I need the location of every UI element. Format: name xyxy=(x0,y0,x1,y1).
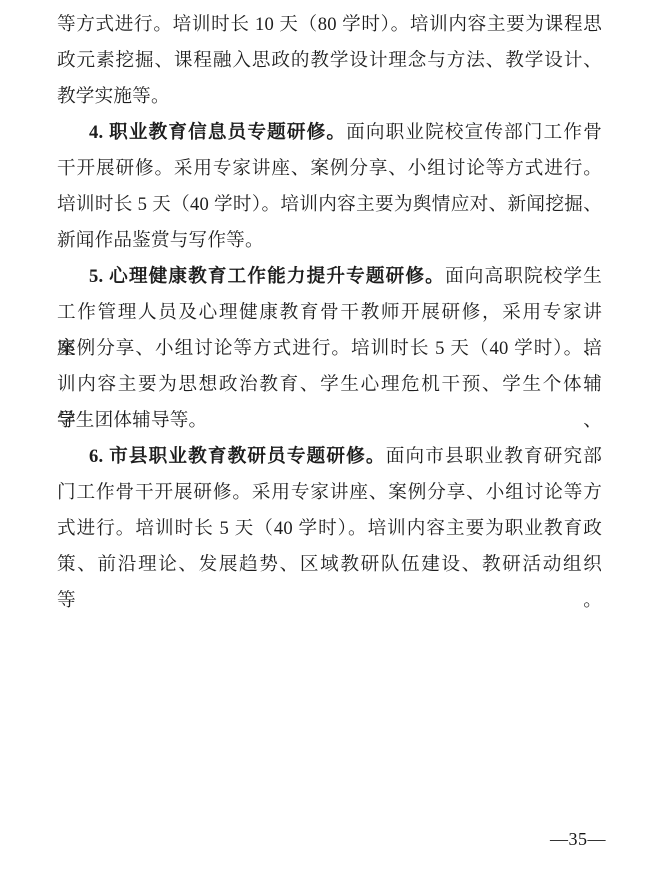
body-text: 等方式进行。培训时长 10 天（80 学时）。培训内容主要为课程思 xyxy=(57,14,602,35)
document-page: 等方式进行。培训时长 10 天（80 学时）。培训内容主要为课程思政元素挖掘、课… xyxy=(0,0,649,890)
text-line: 教学实施等。 xyxy=(57,79,602,115)
text-line: 新闻作品鉴赏与写作等。 xyxy=(57,223,602,259)
body-text: 门工作骨干开展研修。采用专家讲座、案例分享、小组讨论等方 xyxy=(57,482,602,503)
text-line: 等方式进行。培训时长 10 天（80 学时）。培训内容主要为课程思 xyxy=(57,7,602,43)
text-line: 培训时长 5 天（40 学时）。培训内容主要为舆情应对、新闻挖掘、 xyxy=(57,187,602,223)
body-text: 新闻作品鉴赏与写作等。 xyxy=(57,230,264,251)
body-text: 培训时长 5 天（40 学时）。培训内容主要为舆情应对、新闻挖掘、 xyxy=(57,194,602,215)
body-text: 干开展研修。采用专家讲座、案例分享、小组讨论等方式进行。 xyxy=(57,158,602,179)
text-line: 式进行。培训时长 5 天（40 学时）。培训内容主要为职业教育政 xyxy=(57,511,602,547)
body-text: 案例分享、小组讨论等方式进行。培训时长 5 天（40 学时）。培 xyxy=(57,338,602,359)
paragraph-item-6-teaching-researcher-seminar: 6. 市县职业教育教研员专题研修。面向市县职业教育研究部门工作骨干开展研修。采用… xyxy=(57,439,602,583)
page-number: —35— xyxy=(550,828,606,850)
text-line: 工作管理人员及心理健康教育骨干教师开展研修，采用专家讲座、 xyxy=(57,295,602,331)
section-number: 6. xyxy=(89,446,109,467)
body-text: 政元素挖掘、课程融入思政的教学设计理念与方法、教学设计、 xyxy=(57,50,602,71)
text-line: 策、前沿理论、发展趋势、区域教研队伍建设、教研活动组织等。 xyxy=(57,547,602,583)
text-line: 5. 心理健康教育工作能力提升专题研修。面向高职院校学生 xyxy=(57,259,602,295)
body-text: 式进行。培训时长 5 天（40 学时）。培训内容主要为职业教育政 xyxy=(57,518,602,539)
document-body: 等方式进行。培训时长 10 天（80 学时）。培训内容主要为课程思政元素挖掘、课… xyxy=(57,7,602,583)
paragraph-item-4-information-officer-seminar: 4. 职业教育信息员专题研修。面向职业院校宣传部门工作骨干开展研修。采用专家讲座… xyxy=(57,115,602,259)
body-text: 面向高职院校学生 xyxy=(445,266,602,287)
section-heading: 市县职业教育教研员专题研修。 xyxy=(109,446,386,467)
body-text: 面向职业院校宣传部门工作骨 xyxy=(346,122,602,143)
text-line: 案例分享、小组讨论等方式进行。培训时长 5 天（40 学时）。培 xyxy=(57,331,602,367)
body-text: 教学实施等。 xyxy=(57,86,170,107)
section-heading: 心理健康教育工作能力提升专题研修。 xyxy=(109,266,445,287)
section-number: 4. xyxy=(89,122,109,143)
text-line: 6. 市县职业教育教研员专题研修。面向市县职业教育研究部 xyxy=(57,439,602,475)
section-heading: 职业教育信息员专题研修。 xyxy=(109,122,346,143)
text-line: 4. 职业教育信息员专题研修。面向职业院校宣传部门工作骨 xyxy=(57,115,602,151)
text-line: 门工作骨干开展研修。采用专家讲座、案例分享、小组讨论等方 xyxy=(57,475,602,511)
body-text: 面向市县职业教育研究部 xyxy=(386,446,602,467)
text-line: 干开展研修。采用专家讲座、案例分享、小组讨论等方式进行。 xyxy=(57,151,602,187)
text-line: 训内容主要为思想政治教育、学生心理危机干预、学生个体辅导、 xyxy=(57,367,602,403)
text-line: 政元素挖掘、课程融入思政的教学设计理念与方法、教学设计、 xyxy=(57,43,602,79)
paragraph-item-5-mental-health-education-seminar: 5. 心理健康教育工作能力提升专题研修。面向高职院校学生工作管理人员及心理健康教… xyxy=(57,259,602,439)
paragraph-curriculum-ideology-continuation: 等方式进行。培训时长 10 天（80 学时）。培训内容主要为课程思政元素挖掘、课… xyxy=(57,7,602,115)
body-text: 学生团体辅导等。 xyxy=(57,410,207,431)
section-number: 5. xyxy=(89,266,109,287)
body-text: 策、前沿理论、发展趋势、区域教研队伍建设、教研活动组织等。 xyxy=(57,554,602,611)
